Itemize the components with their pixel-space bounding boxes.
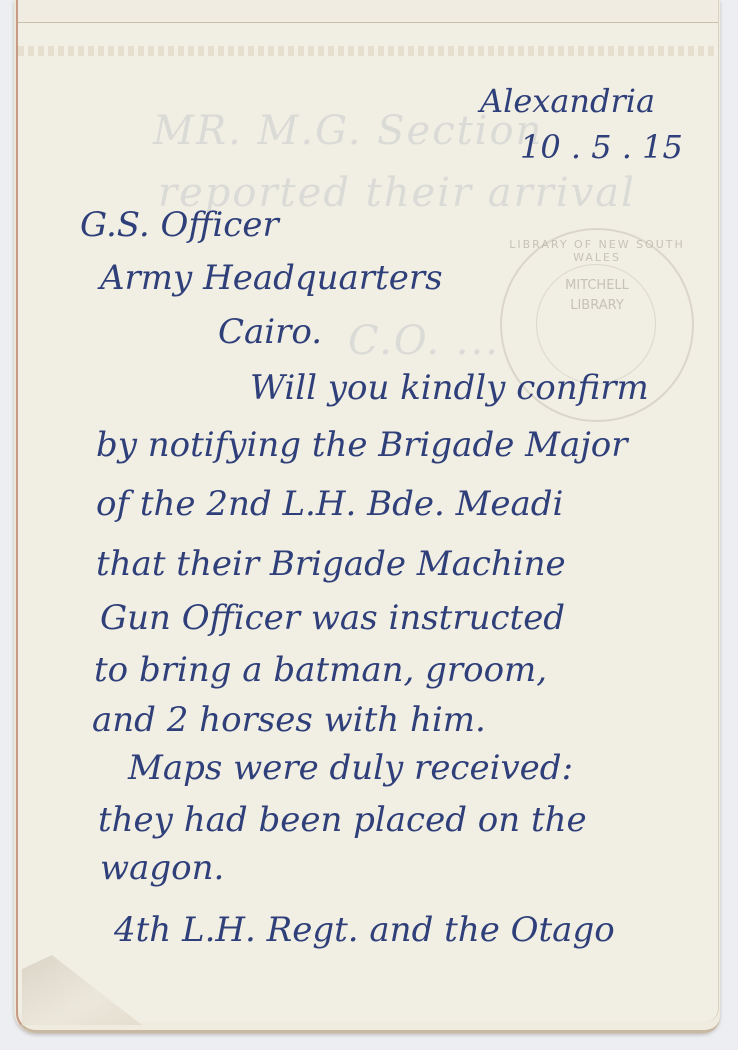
- bleed-through-line-3: C.O. ...: [348, 318, 500, 364]
- body-line: by notifying the Brigade Major: [96, 425, 628, 465]
- body-line: 4th L.H. Regt. and the Otago: [114, 910, 615, 950]
- addressee-line-3: Cairo.: [218, 312, 322, 352]
- body-line: and 2 horses with him.: [92, 700, 486, 740]
- binding-strip: [18, 0, 718, 23]
- body-line: Will you kindly confirm: [250, 368, 649, 408]
- body-line: that their Brigade Machine: [96, 544, 566, 584]
- notebook-page: MR. M.G. Section reported their arrival …: [18, 0, 719, 1022]
- place-heading: Alexandria: [480, 82, 655, 120]
- body-line: Gun Officer was instructed: [100, 598, 565, 638]
- body-line: to bring a batman, groom,: [94, 650, 547, 690]
- addressee-line-1: G.S. Officer: [80, 205, 279, 245]
- perforation-line: [18, 46, 718, 56]
- stamp-center-line-2: LIBRARY: [502, 298, 692, 313]
- stamp-center-line-1: MITCHELL: [502, 278, 692, 293]
- body-line: they had been placed on the: [98, 800, 587, 840]
- addressee-line-2: Army Headquarters: [100, 258, 443, 298]
- date-heading: 10 . 5 . 15: [520, 128, 683, 166]
- body-line: of the 2nd L.H. Bde. Meadi: [96, 484, 563, 524]
- body-line: wagon.: [100, 848, 224, 888]
- body-line: Maps were duly received:: [128, 748, 573, 788]
- stamp-ring-text: LIBRARY OF NEW SOUTH WALES: [502, 238, 692, 264]
